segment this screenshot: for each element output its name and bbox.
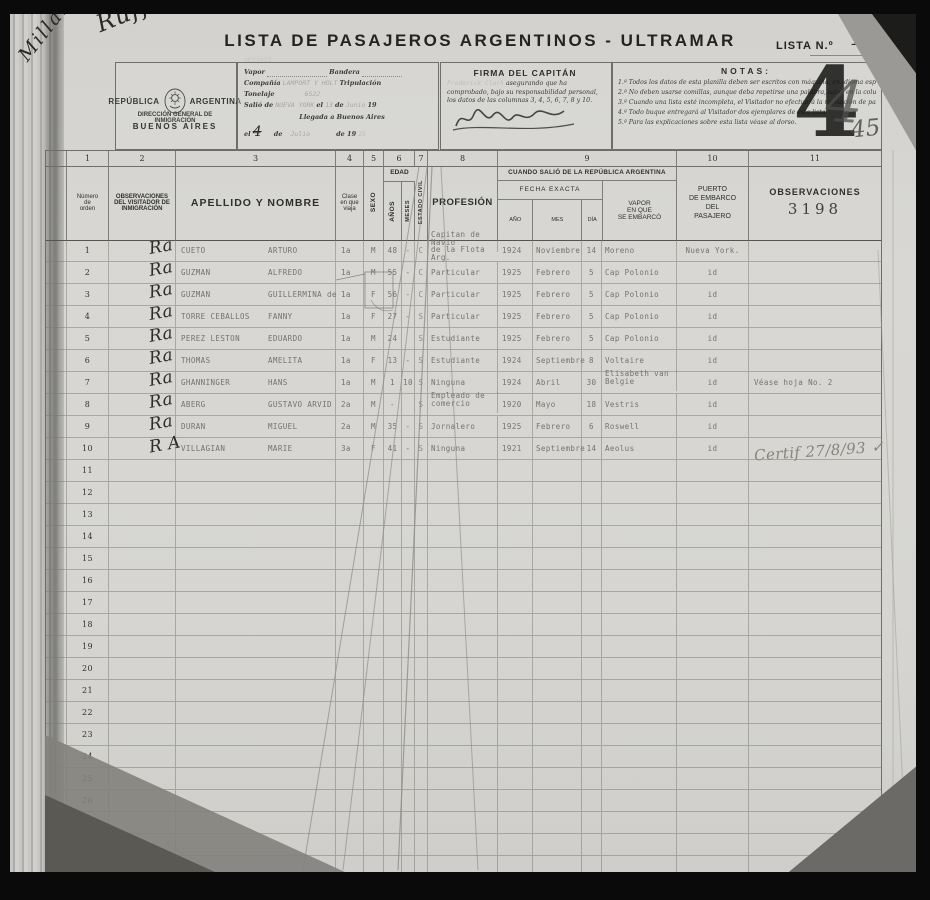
pen-box-annotation: [365, 272, 393, 308]
paper-creases: [0, 0, 930, 900]
photo-border: [0, 872, 930, 900]
photo-border: [0, 0, 930, 14]
photo-border: [916, 0, 930, 900]
pen-line-annotation: [336, 274, 365, 280]
scanned-passenger-list-page: Millanski- Ruffa LISTA DE PASAJEROS ARGE…: [0, 0, 930, 900]
photo-border: [0, 0, 10, 900]
